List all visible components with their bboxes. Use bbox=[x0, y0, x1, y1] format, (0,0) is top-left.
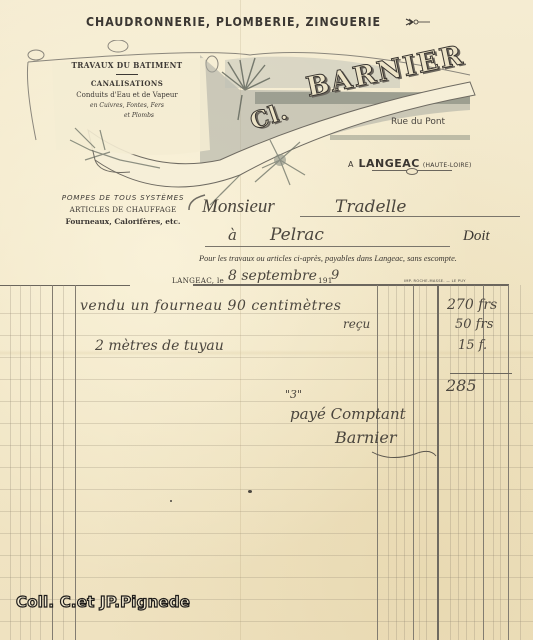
salutation: Monsieur bbox=[202, 196, 275, 218]
line-item-description: 2 mètres de tuyau bbox=[95, 338, 224, 354]
line-item-description: reçu bbox=[343, 317, 370, 331]
products-pumps: POMPES DE TOUS SYSTÈMES bbox=[50, 193, 196, 202]
collection-watermark: Coll. C.et JP.Pignede bbox=[16, 593, 190, 611]
trade-line: CHAUDRONNERIE, PLOMBERIE, ZINGUERIE bbox=[86, 14, 381, 29]
paid-note: payé Comptant bbox=[290, 405, 406, 423]
divider bbox=[116, 74, 138, 75]
date-prefix: LANGEAC, le bbox=[172, 276, 224, 285]
printer-mark: IMP. ROCHE-MASSE. — LE PUY bbox=[404, 279, 466, 283]
products-stoves: Fourneaux, Calorifères, etc. bbox=[50, 217, 196, 226]
line-item-amount: 50 frs bbox=[455, 317, 493, 332]
place-prefix: à bbox=[228, 226, 237, 244]
recipient-name: Tradelle bbox=[335, 197, 406, 217]
place-line bbox=[205, 246, 450, 247]
signature-flourish bbox=[370, 440, 440, 460]
line-item-description: vendu un fourneau 90 centimètres bbox=[80, 298, 341, 314]
services-canalisations: CANALISATIONS bbox=[56, 79, 198, 88]
recipient-place: Pelrac bbox=[270, 225, 324, 245]
services-panel: TRAVAUX DU BATIMENT CANALISATIONS Condui… bbox=[56, 60, 198, 119]
products-panel: POMPES DE TOUS SYSTÈMES ARTICLES DE CHAU… bbox=[50, 193, 196, 226]
products-heating: ARTICLES DE CHAUFFAGE bbox=[50, 205, 196, 214]
services-conduits: Conduits d'Eau et de Vapeur bbox=[56, 91, 198, 99]
payment-terms: Pour les travaux ou articles ci-après, p… bbox=[199, 254, 457, 263]
ledger-grid bbox=[0, 285, 533, 640]
city-divider bbox=[372, 170, 452, 171]
services-materials: en Cuivres, Fontes, Fers bbox=[56, 102, 198, 109]
ledger-top-rule bbox=[193, 284, 509, 286]
street-address: Rue du Pont bbox=[391, 117, 445, 127]
line-item-amount: 270 frs bbox=[447, 297, 497, 313]
total-rule bbox=[450, 373, 512, 374]
recipient-line bbox=[300, 216, 520, 217]
date-year-hand: 9 bbox=[331, 268, 339, 283]
services-materials-cont: et Plombs bbox=[56, 112, 198, 119]
ornament-icon bbox=[405, 17, 431, 27]
city-region: (HAUTE-LOIRE) bbox=[423, 162, 472, 169]
annotation-mark: "3" bbox=[285, 388, 302, 401]
city-prefix: A bbox=[348, 160, 353, 169]
doit-label: Doit bbox=[463, 228, 490, 245]
invoice-total: 285 bbox=[446, 376, 477, 395]
ink-speck bbox=[170, 500, 172, 502]
ink-speck bbox=[248, 490, 252, 493]
date-day-month: 8 septembre bbox=[228, 268, 317, 284]
services-heading: TRAVAUX DU BATIMENT bbox=[63, 60, 191, 70]
line-item-amount: 15 f. bbox=[458, 338, 487, 353]
